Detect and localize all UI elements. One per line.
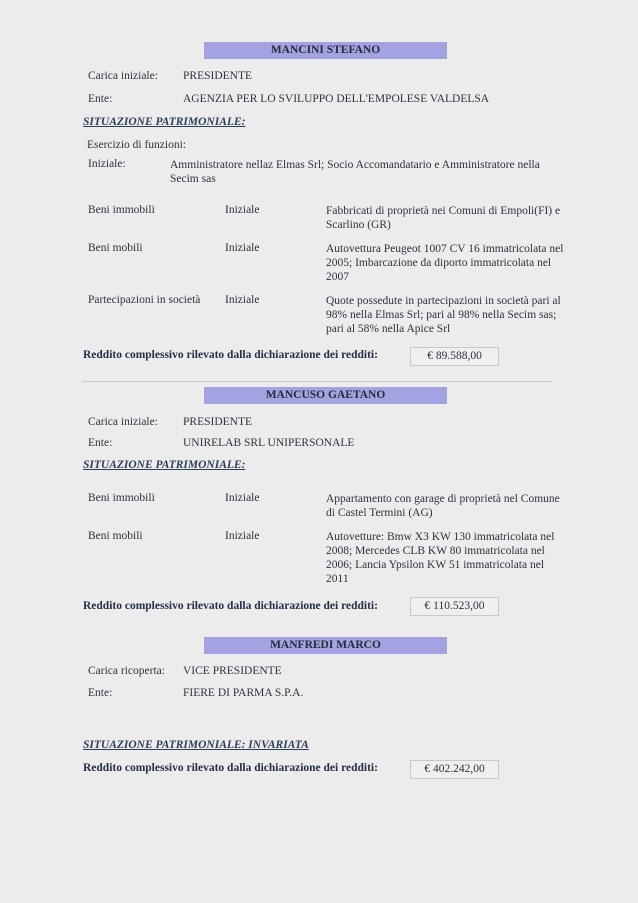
person-name-bar: MANCINI STEFANO [204,42,447,59]
asset-type: Beni mobili [88,530,143,542]
role-label: Carica ricoperta: [88,665,165,677]
income-value: € 110.523,00 [410,597,499,616]
asset-description: Fabbricati di proprietà nei Comuni di Em… [326,204,566,232]
role-value: PRESIDENTE [183,416,252,428]
asset-status: Iniziale [225,294,259,306]
entity-value: UNIRELAB SRL UNIPERSONALE [183,437,354,449]
asset-type: Beni immobili [88,492,155,504]
income-label: Reddito complessivo rilevato dalla dichi… [83,762,378,774]
role-label: Carica iniziale: [88,70,158,82]
functions-heading: Esercizio di funzioni: [87,139,186,151]
income-label: Reddito complessivo rilevato dalla dichi… [83,600,378,612]
asset-status: Iniziale [225,204,259,216]
role-value: VICE PRESIDENTE [183,665,282,677]
functions-text: Amministratore nellaz Elmas Srl; Socio A… [170,158,565,186]
entity-label: Ente: [88,437,112,449]
entity-label: Ente: [88,93,112,105]
section-divider [82,381,552,382]
entity-value: AGENZIA PER LO SVILUPPO DELL'EMPOLESE VA… [183,93,489,105]
asset-description: Quote possedute in partecipazioni in soc… [326,294,566,336]
asset-description: Autovettura Peugeot 1007 CV 16 immatrico… [326,242,566,284]
patrimony-heading: SITUAZIONE PATRIMONIALE: [83,459,245,471]
patrimony-heading: SITUAZIONE PATRIMONIALE: INVARIATA [83,739,309,751]
asset-status: Iniziale [225,530,259,542]
income-value: € 89.588,00 [410,347,499,366]
functions-label: Iniziale: [88,158,126,170]
asset-status: Iniziale [225,242,259,254]
income-label: Reddito complessivo rilevato dalla dichi… [83,349,378,361]
person-name-bar: MANCUSO GAETANO [204,387,447,404]
asset-type: Partecipazioni in società [88,294,200,306]
role-value: PRESIDENTE [183,70,252,82]
asset-description: Appartamento con garage di proprietà nel… [326,492,566,520]
asset-type: Beni immobili [88,204,155,216]
patrimony-heading: SITUAZIONE PATRIMONIALE: [83,116,245,128]
entity-label: Ente: [88,687,112,699]
person-name-bar: MANFREDI MARCO [204,637,447,654]
income-value: € 402.242,00 [410,760,499,779]
role-label: Carica iniziale: [88,416,158,428]
asset-status: Iniziale [225,492,259,504]
asset-type: Beni mobili [88,242,143,254]
entity-value: FIERE DI PARMA S.P.A. [183,687,303,699]
asset-description: Autovetture: Bmw X3 KW 130 immatricolata… [326,530,566,586]
